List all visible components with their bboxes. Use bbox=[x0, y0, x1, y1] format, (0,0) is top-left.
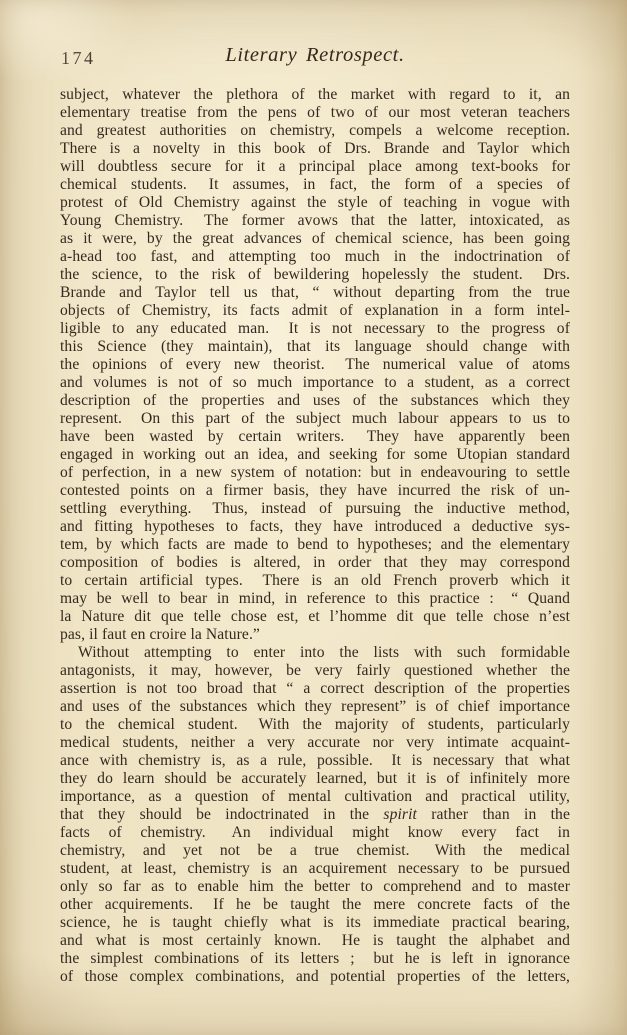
text-line: the opinions of every new theorist. The … bbox=[60, 356, 570, 374]
text-line: chemistry, and yet not be a true chemist… bbox=[60, 842, 570, 860]
text-line: settling everything. Thus, instead of pu… bbox=[60, 500, 570, 518]
text-line: ance with chemistry is, as a rule, possi… bbox=[60, 752, 570, 770]
page-header: 174 Literary Retrospect. bbox=[60, 44, 570, 72]
text-line: the simplest combinations of its letters… bbox=[60, 950, 570, 968]
text-line: and greatest authorities on chemistry, c… bbox=[60, 122, 570, 140]
text-line: Brande and Taylor tell us that, “ withou… bbox=[60, 284, 570, 302]
text-line: of perfection, in a new system of notati… bbox=[60, 464, 570, 482]
text-line: engaged in working out an idea, and seek… bbox=[60, 446, 570, 464]
text-line: the science, to the risk of bewildering … bbox=[60, 266, 570, 284]
text-line: subject, whatever the plethora of the ma… bbox=[60, 86, 570, 104]
text-line: la Nature dit que telle chose est, et l’… bbox=[60, 608, 570, 626]
body-text: subject, whatever the plethora of the ma… bbox=[60, 86, 570, 986]
text-line: importance, as a question of mental cult… bbox=[60, 788, 570, 806]
text-line: protest of Old Chemistry against the sty… bbox=[60, 194, 570, 212]
text-line: of those complex combinations, and poten… bbox=[60, 968, 570, 986]
text-line: ligible to any educated man. It is not n… bbox=[60, 320, 570, 338]
text-line: they do learn should be accurately learn… bbox=[60, 770, 570, 788]
text-line: will doubtless secure for it a principal… bbox=[60, 158, 570, 176]
text-line: and fitting hypotheses to facts, they ha… bbox=[60, 518, 570, 536]
text-line: represent. On this part of the subject m… bbox=[60, 410, 570, 428]
text-line: student, at least, chemistry is an acqui… bbox=[60, 860, 570, 878]
book-page: 174 Literary Retrospect. subject, whatev… bbox=[0, 0, 627, 1035]
text-line: science, he is taught chiefly what is it… bbox=[60, 914, 570, 932]
text-line: Without attempting to enter into the lis… bbox=[60, 644, 570, 662]
text-line: may be well to bear in mind, in referenc… bbox=[60, 590, 570, 608]
text-line: There is a novelty in this book of Drs. … bbox=[60, 140, 570, 158]
text-line: and volumes is not of so much importance… bbox=[60, 374, 570, 392]
text-line: medical students, neither a very accurat… bbox=[60, 734, 570, 752]
text-line: that they should be indoctrinated in the… bbox=[60, 806, 570, 824]
text-line: tem, by which facts are made to bend to … bbox=[60, 536, 570, 554]
text-line: description of the properties and uses o… bbox=[60, 392, 570, 410]
text-line: objects of Chemistry, its facts admit of… bbox=[60, 302, 570, 320]
text-line: Young Chemistry. The former avows that t… bbox=[60, 212, 570, 230]
text-line: to the chemical student. With the majori… bbox=[60, 716, 570, 734]
text-line: have been wasted by certain writers. The… bbox=[60, 428, 570, 446]
text-line: facts of chemistry. An individual might … bbox=[60, 824, 570, 842]
text-line: and uses of the substances which they re… bbox=[60, 698, 570, 716]
text-line: pas, il faut en croire la Nature.” bbox=[60, 626, 570, 644]
text-line: this Science (they maintain), that its l… bbox=[60, 338, 570, 356]
text-line: only so far as to enable him the better … bbox=[60, 878, 570, 896]
text-line: other acquirements. If he be taught the … bbox=[60, 896, 570, 914]
text-line: elementary treatise from the pens of two… bbox=[60, 104, 570, 122]
text-line: and what is most certainly known. He is … bbox=[60, 932, 570, 950]
text-line: composition of bodies is altered, in ord… bbox=[60, 554, 570, 572]
text-line: to certain artificial types. There is an… bbox=[60, 572, 570, 590]
text-line: a-head too fast, and attempting too much… bbox=[60, 248, 570, 266]
text-line: contested points on a firmer basis, they… bbox=[60, 482, 570, 500]
text-line: chemical students. It assumes, in fact, … bbox=[60, 176, 570, 194]
text-line: as it were, by the great advances of che… bbox=[60, 230, 570, 248]
text-line: antagonists, it may, however, be very fa… bbox=[60, 662, 570, 680]
text-line: assertion is not too broad that “ a corr… bbox=[60, 680, 570, 698]
page-number: 174 bbox=[61, 48, 96, 69]
running-title: Literary Retrospect. bbox=[60, 44, 570, 67]
